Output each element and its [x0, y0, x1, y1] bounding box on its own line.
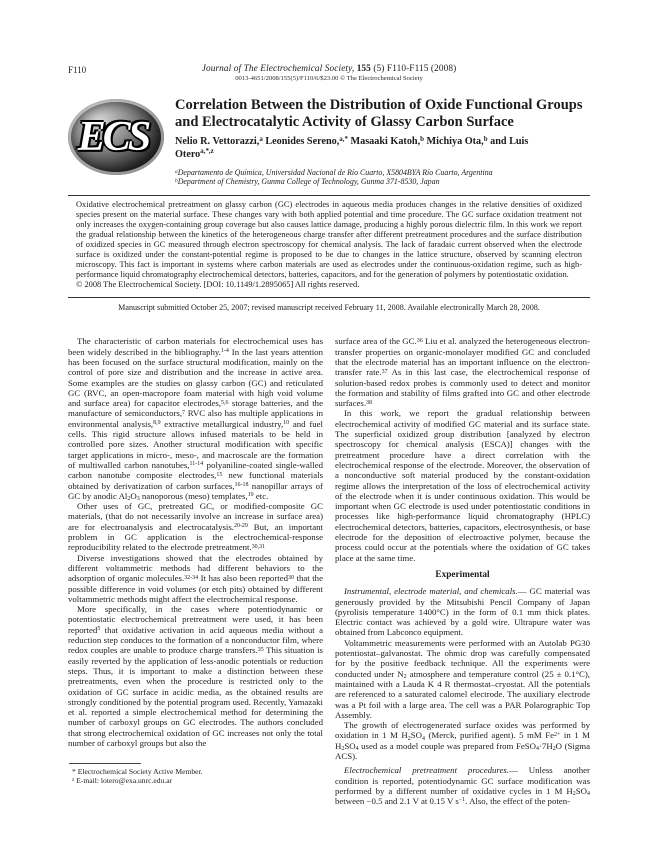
paragraph-intro-1: The characteristic of carbon materials f…: [68, 336, 323, 501]
paragraph-intro-4: More specifically, in the cases where po…: [68, 604, 323, 748]
paragraph-intro-2: Other uses of GC, pretreated GC, or modi…: [68, 501, 323, 552]
journal-page: F110 Journal of The Electrochemical Soci…: [0, 0, 657, 855]
abstract-text: Oxidative electrochemical pretreatment o…: [76, 200, 582, 280]
body-columns: The characteristic of carbon materials f…: [68, 336, 590, 806]
abstract-bottom-rule: [68, 297, 590, 298]
section-heading-experimental: Experimental: [335, 570, 590, 580]
article-title: Correlation Between the Distribution of …: [175, 97, 590, 131]
running-header: F110 Journal of The Electrochemical Soci…: [68, 64, 590, 82]
footnote-society-member: * Electrochemical Society Active Member.: [68, 767, 323, 776]
author-list: Nelio R. Vettorazzi,a Leonides Sereno,a,…: [175, 136, 567, 161]
footnote-email: z E-mail: lotero@exa.unrc.edu.ar: [68, 776, 323, 785]
left-column: The characteristic of carbon materials f…: [68, 336, 323, 806]
issn-copyright-line: 0013-4651/2008/155(5)/F110/6/$23.00 © Th…: [68, 75, 590, 82]
manuscript-history-note: Manuscript submitted October 25, 2007; r…: [68, 303, 590, 312]
affiliation-japan: bDepartment of Chemistry, Gunma College …: [175, 177, 590, 186]
affiliation-argentina: aDepartamento de Química, Universidad Na…: [175, 168, 590, 177]
footnote-rule: [69, 763, 141, 764]
footnotes: * Electrochemical Society Active Member.…: [68, 763, 323, 785]
abstract: Oxidative electrochemical pretreatment o…: [68, 196, 590, 290]
title-text-block: Correlation Between the Distribution of …: [175, 97, 590, 186]
page-number: F110: [68, 65, 86, 75]
paragraph-instrumental: Instrumental, electrode material, and ch…: [335, 586, 590, 637]
doi-copyright-line: © 2008 The Electrochemical Society. [DOI…: [76, 280, 582, 290]
paragraph-oxide-growth: The growth of electrogenerated surface o…: [335, 720, 590, 761]
affiliations: aDepartamento de Química, Universidad Na…: [175, 168, 590, 186]
paragraph-voltammetric: Voltammetric measurements were performed…: [335, 638, 590, 720]
paragraph-this-work: In this work, we report the gradual rela…: [335, 408, 590, 562]
title-block: ECS Correlation Between the Distribution…: [68, 97, 590, 186]
paragraph-pretreatment-procedures: Electrochemical pretreatment procedures.…: [335, 765, 590, 806]
ecs-logo-text: ECS: [78, 113, 154, 161]
paragraph-intro-3: Diverse investigations showed that the e…: [68, 553, 323, 604]
journal-title-line: Journal of The Electrochemical Society, …: [68, 64, 590, 74]
ecs-logo: ECS: [68, 99, 164, 175]
right-column: surface area of the GC.36 Liu et al. ana…: [335, 336, 590, 806]
paragraph-intro-continued: surface area of the GC.36 Liu et al. ana…: [335, 336, 590, 408]
